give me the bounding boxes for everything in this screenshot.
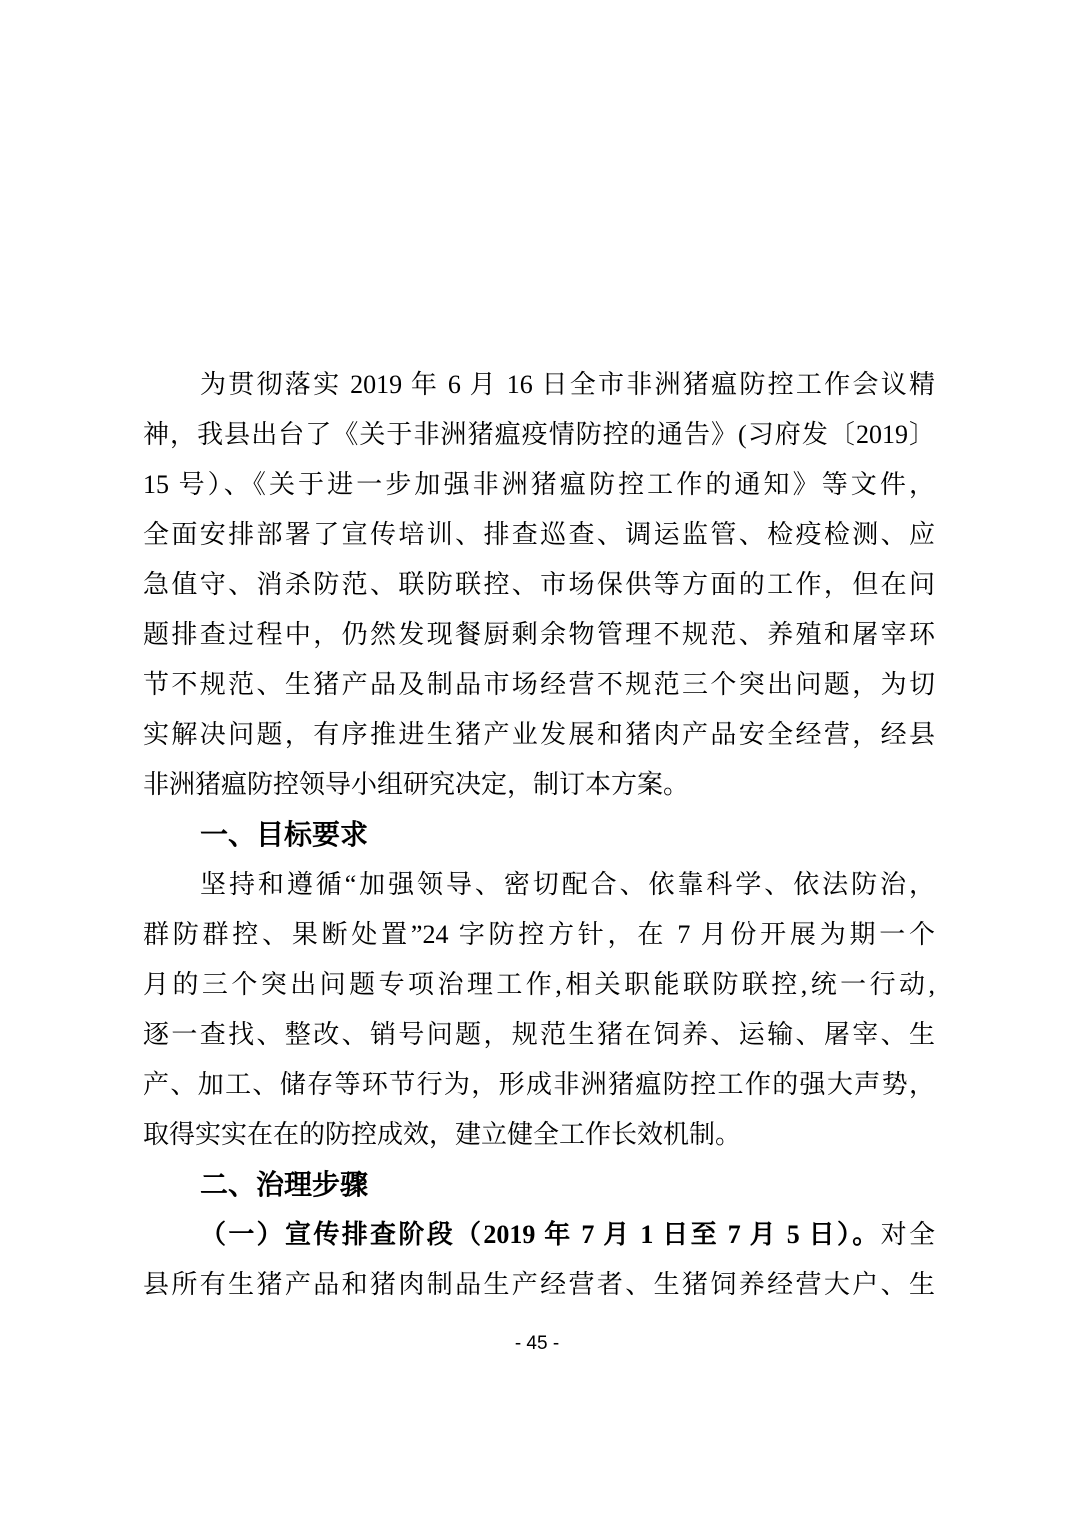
section-heading-goals: 一、目标要求: [143, 810, 935, 860]
paragraph-line: 实解决问题，有序推进生猪产业发展和猪肉产品安全经营，经县: [143, 710, 935, 760]
paragraph-line: 坚持和遵循“加强领导、密切配合、依靠科学、依法防治，: [143, 860, 935, 910]
paragraph-line: 产、加工、储存等环节行为，形成非洲猪瘟防控工作的强大声势，: [143, 1060, 935, 1110]
paragraph-line: 题排查过程中，仍然发现餐厨剩余物管理不规范、养殖和屠宰环: [143, 610, 935, 660]
paragraph-line: 群防群控、果断处置”24 字防控方针，在 7 月份开展为期一个: [143, 910, 935, 960]
page-number: - 45 -: [0, 1330, 1074, 1358]
document-page: 为贯彻落实 2019 年 6 月 16 日全市非洲猪瘟防控工作会议精 神，我县出…: [0, 0, 1074, 1520]
paragraph-line: 逐一查找、整改、销号问题，规范生猪在饲养、运输、屠宰、生: [143, 1010, 935, 1060]
subsection-trailing-text: 对全: [881, 1220, 935, 1249]
paragraph-line: 为贯彻落实 2019 年 6 月 16 日全市非洲猪瘟防控工作会议精: [143, 360, 935, 410]
paragraph-line: 县所有生猪产品和猪肉制品生产经营者、生猪饲养经营大户、生: [143, 1260, 935, 1310]
paragraph-line: 15 号）、《关于进一步加强非洲猪瘟防控工作的通知》等文件，: [143, 460, 935, 510]
paragraph-line: 神，我县出台了《关于非洲猪瘟疫情防控的通告》(习府发〔2019〕: [143, 410, 935, 460]
paragraph-line: 全面安排部署了宣传培训、排查巡查、调运监管、检疫检测、应: [143, 510, 935, 560]
section-heading-steps: 二、治理步骤: [143, 1160, 935, 1210]
subsection-heading-phase1: （一）宣传排查阶段（2019 年 7 月 1 日至 7 月 5 日）。对全: [143, 1210, 935, 1260]
document-body: 为贯彻落实 2019 年 6 月 16 日全市非洲猪瘟防控工作会议精 神，我县出…: [143, 360, 935, 1310]
paragraph-line: 节不规范、生猪产品及制品市场经营不规范三个突出问题，为切: [143, 660, 935, 710]
paragraph-line: 取得实实在在的防控成效，建立健全工作长效机制。: [143, 1110, 935, 1160]
subsection-heading-bold-text: （一）宣传排查阶段（2019 年 7 月 1 日至 7 月 5 日）。: [200, 1220, 881, 1249]
paragraph-line: 急值守、消杀防范、联防联控、市场保供等方面的工作，但在问: [143, 560, 935, 610]
paragraph-line: 月的三个突出问题专项治理工作,相关职能联防联控,统一行动,: [143, 960, 935, 1010]
paragraph-line: 非洲猪瘟防控领导小组研究决定，制订本方案。: [143, 760, 935, 810]
